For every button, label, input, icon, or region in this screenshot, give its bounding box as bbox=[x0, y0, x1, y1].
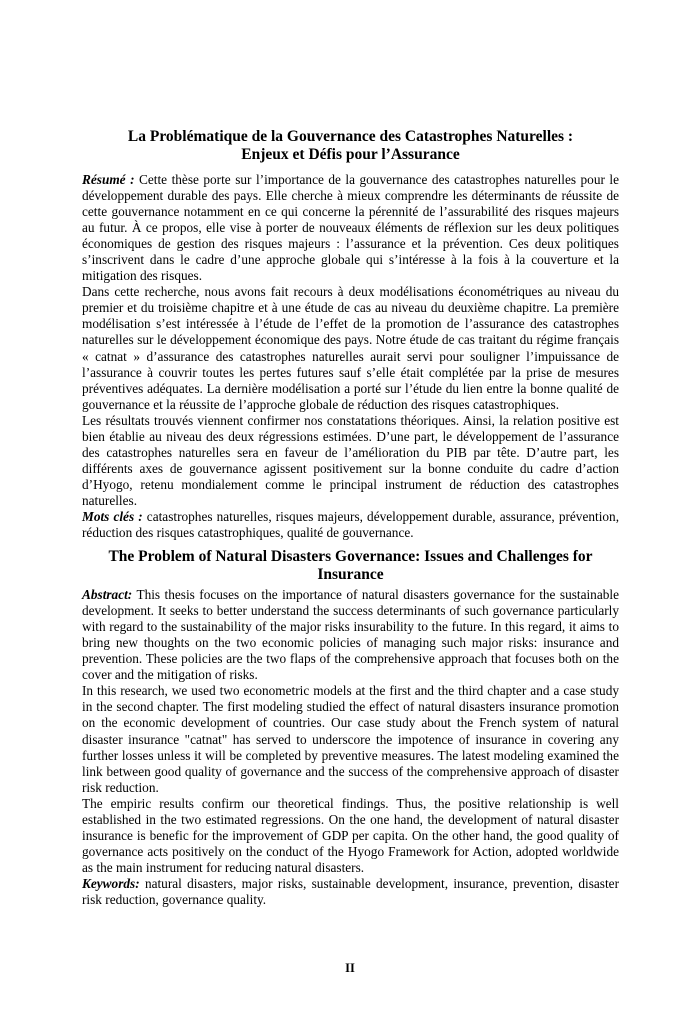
english-abstract-paragraph-3: The empiric results confirm our theoreti… bbox=[82, 796, 619, 876]
french-title-line1: La Problématique de la Gouvernance des C… bbox=[128, 128, 573, 145]
french-title: La Problématique de la Gouvernance des C… bbox=[82, 128, 619, 164]
english-abstract: Abstract: This thesis focuses on the imp… bbox=[82, 587, 619, 908]
french-title-line2: Enjeux et Défis pour l’Assurance bbox=[241, 146, 459, 163]
french-abstract: Résumé : Cette thèse porte sur l’importa… bbox=[82, 172, 619, 541]
abstract-label: Abstract: bbox=[82, 587, 132, 602]
french-keywords-paragraph: Mots clés : catastrophes naturelles, ris… bbox=[82, 509, 619, 541]
mots-cles-label: Mots clés : bbox=[82, 509, 143, 524]
english-keywords-text: natural disasters, major risks, sustaina… bbox=[82, 876, 619, 907]
keywords-label: Keywords: bbox=[82, 876, 140, 891]
french-abstract-paragraph-1: Résumé : Cette thèse porte sur l’importa… bbox=[82, 172, 619, 284]
page-number: II bbox=[0, 961, 700, 976]
french-abstract-paragraph-2: Dans cette recherche, nous avons fait re… bbox=[82, 284, 619, 412]
resume-label: Résumé : bbox=[82, 172, 135, 187]
english-keywords-paragraph: Keywords: natural disasters, major risks… bbox=[82, 876, 619, 908]
english-abstract-paragraph-2: In this research, we used two econometri… bbox=[82, 683, 619, 795]
english-title-line1: The Problem of Natural Disasters Governa… bbox=[108, 548, 592, 565]
english-abstract-paragraph-1: Abstract: This thesis focuses on the imp… bbox=[82, 587, 619, 683]
french-abstract-paragraph-3: Les résultats trouvés viennent confirmer… bbox=[82, 413, 619, 509]
english-title-line2: Insurance bbox=[317, 566, 383, 583]
thesis-abstract-page: La Problématique de la Gouvernance des C… bbox=[0, 0, 700, 1028]
english-title: The Problem of Natural Disasters Governa… bbox=[82, 548, 619, 584]
french-keywords-text: catastrophes naturelles, risques majeurs… bbox=[82, 509, 619, 540]
page-content: La Problématique de la Gouvernance des C… bbox=[82, 128, 619, 908]
english-abstract-p1-text: This thesis focuses on the importance of… bbox=[82, 587, 619, 682]
french-abstract-p1-text: Cette thèse porte sur l’importance de la… bbox=[82, 172, 619, 283]
